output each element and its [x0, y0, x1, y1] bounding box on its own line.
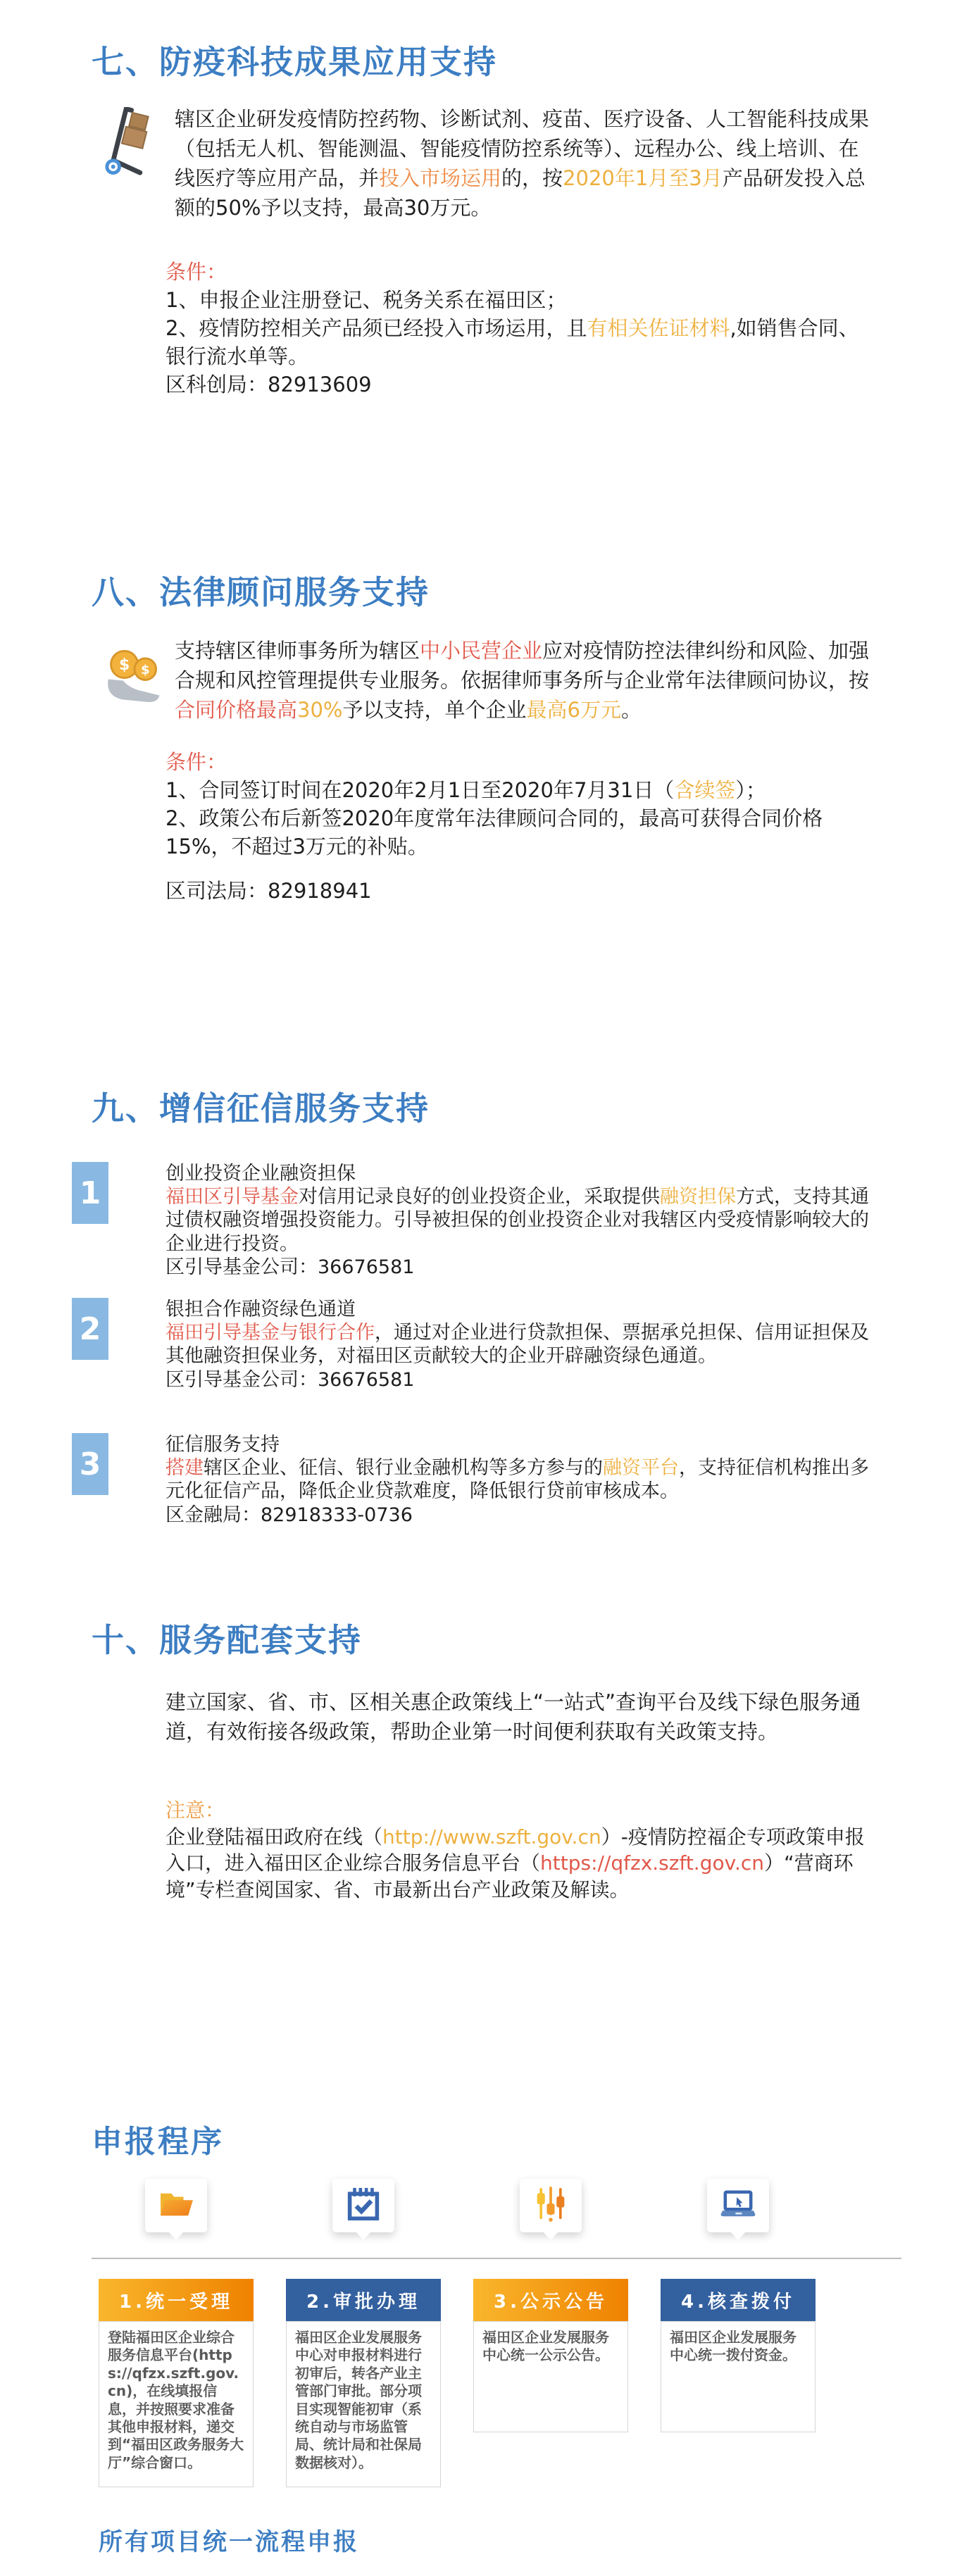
- step-2-header: 2.审批办理: [286, 2279, 441, 2321]
- section-8-intro: $ $ 支持辖区律师事务所为辖区中小民营企业应对疫情防控法律纠纷和风险、加强合规…: [104, 636, 882, 725]
- text-run: 。: [621, 698, 642, 722]
- step-1-icon-card: [145, 2179, 207, 2232]
- item-body: 搭建辖区企业、征信、银行业金融机构等多方参与的融资平台，支持征信机构推出多元化征…: [165, 1456, 873, 1503]
- section-7-title: 七、防疫科技成果应用支持: [92, 37, 497, 83]
- text-run: ）；: [735, 778, 766, 802]
- credit-item-2: 2 银担合作融资绿色通道 福田引导基金与银行合作，通过对企业进行贷款担保、票据承…: [72, 1298, 873, 1392]
- section-8-title: 八、法律顾问服务支持: [92, 567, 430, 613]
- conditions-label: 条件：: [165, 258, 877, 286]
- svg-text:$: $: [141, 663, 150, 677]
- item-title: 创业投资企业融资担保: [165, 1162, 873, 1185]
- text-run: http://www.szft.gov.cn: [382, 1825, 601, 1849]
- text-run: 对信用记录良好的创业投资企业，采取提供: [299, 1186, 660, 1208]
- text-run: 支持辖区律师事务所为辖区: [175, 639, 420, 663]
- item-text: 征信服务支持 搭建辖区企业、征信、银行业金融机构等多方参与的融资平台，支持征信机…: [165, 1433, 873, 1527]
- condition-line: 2、疫情防控相关产品须已经投入市场运用，且有相关佐证材料,如销售合同、银行流水单…: [165, 314, 877, 370]
- text-run: 有相关佐证材料: [587, 316, 730, 340]
- laptop-icon: [720, 2190, 756, 2221]
- section-10-body: 建立国家、省、市、区相关惠企政策线上“一站式”查询平台及线下绿色服务通道，有效衔…: [165, 1687, 873, 1746]
- text-run: 融资担保: [660, 1186, 736, 1208]
- item-title: 征信服务支持: [165, 1433, 873, 1456]
- item-number-badge: 2: [72, 1298, 108, 1360]
- section-7-conditions: 条件： 1、申报企业注册登记、税务关系在福田区； 2、疫情防控相关产品须已经投入…: [165, 258, 877, 399]
- credit-item-1: 1 创业投资企业融资担保 福田区引导基金对信用记录良好的创业投资企业，采取提供融…: [72, 1162, 873, 1279]
- condition-line: 2、政策公布后新签2020年度常年法律顾问合同的，最高可获得合同价格15%，不超…: [165, 804, 877, 861]
- contact-line: 区引导基金公司：36676581: [165, 1368, 873, 1392]
- folder-icon: [158, 2189, 194, 2222]
- coins-hand-icon: $ $: [104, 636, 169, 709]
- step-4-icon-card: [707, 2179, 769, 2232]
- footer-note: 所有项目统一流程申报: [99, 2522, 359, 2557]
- note-block: 注意： 企业登陆福田政府在线（http://www.szft.gov.cn）-疫…: [165, 1797, 880, 1903]
- divider-line: [92, 2258, 901, 2259]
- text-run: 1、合同签订时间在2020年2月1日至2020年7月31日（: [165, 778, 674, 802]
- text-run: 2、疫情防控相关产品须已经投入市场运用，且: [165, 316, 587, 340]
- text-run: 融资平台: [603, 1457, 679, 1479]
- item-text: 银担合作融资绿色通道 福田引导基金与银行合作，通过对企业进行贷款担保、票据承兑担…: [165, 1298, 873, 1392]
- handtruck-icon: [104, 104, 169, 183]
- contact-line: 区科创局：82913609: [165, 370, 877, 399]
- text-run: 搭建: [165, 1457, 204, 1479]
- note-body: 企业登陆福田政府在线（http://www.szft.gov.cn）-疫情防控福…: [165, 1824, 880, 1903]
- section-9-title: 九、增信征信服务支持: [92, 1083, 430, 1130]
- condition-line: 1、合同签订时间在2020年2月1日至2020年7月31日（含续签）；: [165, 776, 877, 804]
- conditions-label: 条件：: [165, 748, 877, 776]
- text-run: 予以支持，单个企业: [342, 698, 526, 722]
- text-run: 投入市场运用: [379, 166, 501, 190]
- text-run: 中小民营企业: [420, 639, 542, 663]
- policy-poster-page: 七、防疫科技成果应用支持 辖区企业研发疫情防控药物、诊断试剂、疫苗、医疗设备、人…: [0, 0, 962, 2576]
- text-run: 2020年1月至3月: [563, 166, 723, 190]
- condition-line: 1、申报企业注册登记、税务关系在福田区；: [165, 286, 877, 314]
- step-1-body: 登陆福田区企业综合服务信息平台(https://qfzx.szft.gov.cn…: [99, 2321, 254, 2487]
- section-7-intro: 辖区企业研发疫情防控药物、诊断试剂、疫苗、医疗设备、人工智能科技成果（包括无人机…: [104, 104, 882, 223]
- svg-text:$: $: [119, 656, 130, 674]
- procedure-title: 申报程序: [92, 2116, 224, 2161]
- text-run: 企业登陆福田政府在线（: [165, 1825, 382, 1849]
- contact-line: 区司法局：82918941: [165, 875, 372, 904]
- sliders-icon: [535, 2185, 567, 2226]
- item-body: 福田区引导基金对信用记录良好的创业投资企业，采取提供融资担保方式，支持其通过债权…: [165, 1185, 873, 1256]
- step-2-body: 福田区企业发展服务中心对申报材料进行初审后，转各产业主管部门审批。部分项目实现智…: [286, 2321, 441, 2487]
- item-text: 创业投资企业融资担保 福田区引导基金对信用记录良好的创业投资企业，采取提供融资担…: [165, 1162, 873, 1279]
- calendar-check-icon: [346, 2187, 380, 2225]
- text-run: 福田引导基金与银行合作: [165, 1322, 375, 1344]
- contact-line: 区金融局：82918333-0736: [165, 1503, 873, 1527]
- text-run: 30%: [297, 698, 342, 722]
- text-run: 最高6万元: [527, 698, 621, 722]
- section-8-intro-text: 支持辖区律师事务所为辖区中小民营企业应对疫情防控法律纠纷和风险、加强合规和风控管…: [175, 636, 875, 725]
- note-label: 注意：: [165, 1797, 880, 1824]
- item-body: 福田引导基金与银行合作，通过对企业进行贷款担保、票据承兑担保、信用证担保及其他融…: [165, 1321, 873, 1368]
- section-10-title: 十、服务配套支持: [92, 1615, 362, 1661]
- text-run: https://qfzx.szft.gov.cn: [540, 1851, 764, 1875]
- step-3-header: 3.公示公告: [473, 2279, 628, 2321]
- item-number-badge: 3: [72, 1433, 108, 1495]
- text-run: 的，按: [501, 166, 563, 190]
- step-3-icon-card: [520, 2179, 582, 2232]
- step-1-header: 1.统一受理: [99, 2279, 254, 2321]
- text-run: 福田区引导基金: [165, 1186, 299, 1208]
- step-2-icon-card: [332, 2179, 394, 2232]
- step-4-body: 福田区企业发展服务中心统一拨付资金。: [661, 2321, 816, 2432]
- step-4-header: 4.核查拨付: [661, 2279, 816, 2321]
- item-number-badge: 1: [72, 1162, 108, 1224]
- step-3-body: 福田区企业发展服务中心统一公示公告。: [473, 2321, 628, 2432]
- item-title: 银担合作融资绿色通道: [165, 1298, 873, 1321]
- section-8-conditions: 条件： 1、合同签订时间在2020年2月1日至2020年7月31日（含续签）； …: [165, 748, 877, 861]
- section-7-intro-text: 辖区企业研发疫情防控药物、诊断试剂、疫苗、医疗设备、人工智能科技成果（包括无人机…: [175, 104, 875, 223]
- text-run: 合同价格最高: [175, 698, 297, 722]
- text-run: 含续签: [674, 778, 735, 802]
- contact-line: 区引导基金公司：36676581: [165, 1256, 873, 1279]
- text-run: 辖区企业、征信、银行业金融机构等多方参与的: [204, 1457, 603, 1479]
- credit-item-3: 3 征信服务支持 搭建辖区企业、征信、银行业金融机构等多方参与的融资平台，支持征…: [72, 1433, 873, 1527]
